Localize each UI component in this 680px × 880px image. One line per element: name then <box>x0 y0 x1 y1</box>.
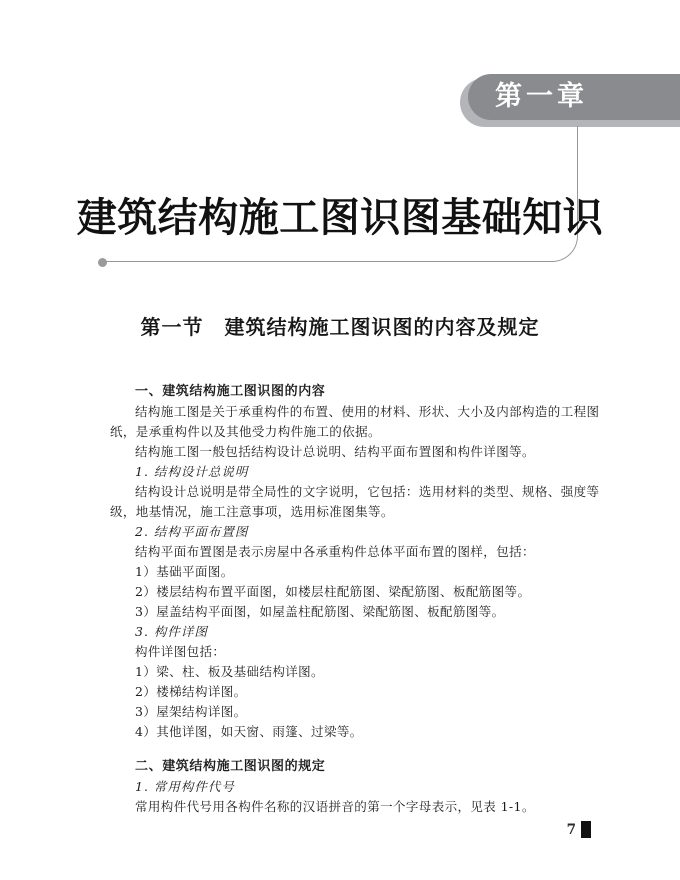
text-line: 1. 结构设计总说明 <box>110 462 586 482</box>
section-heading: 第一节 建筑结构施工图识图的内容及规定 <box>0 311 680 340</box>
page-title: 建筑结构施工图识图基础知识 <box>0 186 680 243</box>
text-line: 结构施工图是关于承重构件的布置、使用的材料、形状、大小及内部构造的工程图 <box>110 402 586 422</box>
text-line: 3）屋架结构详图。 <box>110 702 586 722</box>
text-line: 1. 常用构件代号 <box>110 777 586 797</box>
text-line: 1）梁、柱、板及基础结构详图。 <box>110 662 586 682</box>
text-line: 常用构件代号用各构件名称的汉语拼音的第一个字母表示，见表 1-1。 <box>110 797 586 817</box>
text-line: 级，地基情况，施工注意事项，选用标准图集等。 <box>110 502 586 522</box>
text-line <box>110 742 586 757</box>
text-line: 2. 结构平面布置图 <box>110 522 586 542</box>
text-line: 3）屋盖结构平面图，如屋盖柱配筋图、梁配筋图、板配筋图等。 <box>110 602 586 622</box>
text-line: 纸，是承重构件以及其他受力构件施工的依据。 <box>110 422 586 442</box>
text-line: 结构设计总说明是带全局性的文字说明，它包括：选用材料的类型、规格、强度等 <box>110 482 586 502</box>
page-number: 7 <box>548 822 576 839</box>
text-line: 二、建筑结构施工图识图的规定 <box>110 757 586 777</box>
book-page: 第一章 建筑结构施工图识图基础知识 第一节 建筑结构施工图识图的内容及规定 一、… <box>0 0 680 880</box>
text-line: 2）楼梯结构详图。 <box>110 682 586 702</box>
text-line: 结构施工图一般包括结构设计总说明、结构平面布置图和构件详图等。 <box>110 442 586 462</box>
page-number-marker <box>581 821 591 838</box>
text-line: 1）基础平面图。 <box>110 562 586 582</box>
text-line: 结构平面布置图是表示房屋中各承重构件总体平面布置的图样，包括： <box>110 542 586 562</box>
text-line: 构件详图包括： <box>110 642 586 662</box>
body-text: 一、建筑结构施工图识图的内容结构施工图是关于承重构件的布置、使用的材料、形状、大… <box>110 382 586 817</box>
text-line: 4）其他详图，如天窗、雨篷、过梁等。 <box>110 722 586 742</box>
chapter-banner-label: 第一章 <box>495 81 588 112</box>
chapter-banner: 第一章 <box>468 74 680 120</box>
text-line: 一、建筑结构施工图识图的内容 <box>110 382 586 402</box>
title-rule-dot <box>98 258 107 267</box>
text-line: 3. 构件详图 <box>110 622 586 642</box>
text-line: 2）楼层结构布置平面图，如楼层柱配筋图、梁配筋图、板配筋图等。 <box>110 582 586 602</box>
